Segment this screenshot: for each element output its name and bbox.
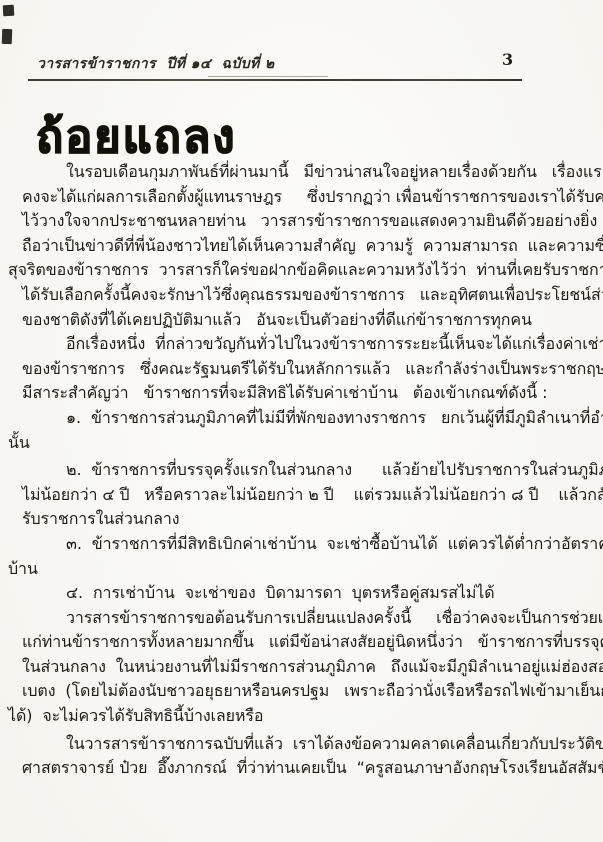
- body-line: ไว้วางใจจากประชาชนหลายท่าน วารสารข้าราชก…: [22, 209, 574, 234]
- body-line: สุจริตของข้าราชการ วารสารก็ใคร่ขอฝากข้อค…: [8, 258, 574, 283]
- list-item-line: บ้าน: [8, 557, 574, 582]
- body-line: ได้รับเลือกครั้งนี้คงจะรักษาไว้ซึ่งคุณธร…: [22, 283, 574, 308]
- body-line: เบตง (โดยไม่ต้องนับชาวอยุธยาหรือนครปฐม เ…: [22, 679, 574, 704]
- body-line: ได้) จะไม่ควรได้รับสิทธินี้บ้างเลยหรือ: [8, 704, 574, 729]
- body-line: ของชาติดังที่ได้เคยปฏิบัติมาแล้ว อันจะเป…: [22, 308, 574, 333]
- list-item-line: ไม่น้อยกว่า ๔ ปี หรือคราวละไม่น้อยกว่า ๒…: [22, 483, 574, 508]
- body-line: อีกเรื่องหนึ่ง ที่กล่าวขวัญกันทั่วไปในวง…: [22, 332, 574, 357]
- list-item-line: ๑. ข้าราชการส่วนภูมิภาคที่ไม่มีที่พักของ…: [22, 406, 574, 431]
- body-line: ของข้าราชการ ซึ่งคณะรัฐมนตรีได้รับในหลัก…: [22, 357, 574, 382]
- list-item-line: รับราชการในส่วนกลาง: [22, 507, 574, 532]
- scan-artifact-mark: [3, 5, 15, 17]
- body-line: คงจะได้แก่ผลการเลือกตั้งผู้แทนราษฎร ซึ่ง…: [22, 185, 574, 210]
- body-line: ในรอบเดือนกุมภาพันธ์ที่ผ่านมานี้ มีข่าวน…: [22, 160, 574, 185]
- journal-header-title: วารสารข้าราชการ ปีที่ ๑๔ ฉบับที่ ๒: [37, 53, 275, 75]
- body-line: ถือว่าเป็นข่าวดีที่พี่น้องชาวไทยได้เห็นค…: [22, 234, 574, 259]
- header-divider-rule: [28, 79, 522, 81]
- page-number: 3: [502, 50, 513, 69]
- body-text-block: ในรอบเดือนกุมภาพันธ์ที่ผ่านมานี้ มีข่าวน…: [22, 160, 574, 781]
- list-item-line: ๒. ข้าราชการที่บรรจุครั้งแรกในส่วนกลาง แ…: [22, 458, 574, 483]
- scanned-document-page: วารสารข้าราชการ ปีที่ ๑๔ ฉบับที่ ๒ 3 ถ้อ…: [0, 0, 603, 842]
- body-line: ในวารสารข้าราชการฉบับที่แล้ว เราได้ลงข้อ…: [22, 732, 574, 757]
- list-item-line: ๔. การเช่าบ้าน จะเช่าของ บิดามารดา บุตรห…: [22, 581, 574, 606]
- body-line: มีสาระสำคัญว่า ข้าราชการที่จะมีสิทธิได้ร…: [22, 381, 574, 406]
- body-line: ในส่วนกลาง ในหน่วยงานที่ไม่มีราชการส่วนภ…: [22, 655, 574, 680]
- body-line: แก่ท่านข้าราชการทั้งหลายมากขึ้น แต่มีข้อ…: [22, 630, 574, 655]
- list-item-line: ๓. ข้าราชการที่มีสิทธิเบิกค่าเช่าบ้าน จะ…: [22, 532, 574, 557]
- list-item-line: นั้น: [8, 431, 574, 456]
- body-line: วารสารข้าราชการขอต้อนรับการเปลี่ยนแปลงคร…: [22, 606, 574, 631]
- scan-artifact-mark: [2, 29, 13, 44]
- body-line: ศาสตราจารย์ ป๋วย อึ๊งภากรณ์ ที่ว่าท่านเค…: [22, 756, 574, 781]
